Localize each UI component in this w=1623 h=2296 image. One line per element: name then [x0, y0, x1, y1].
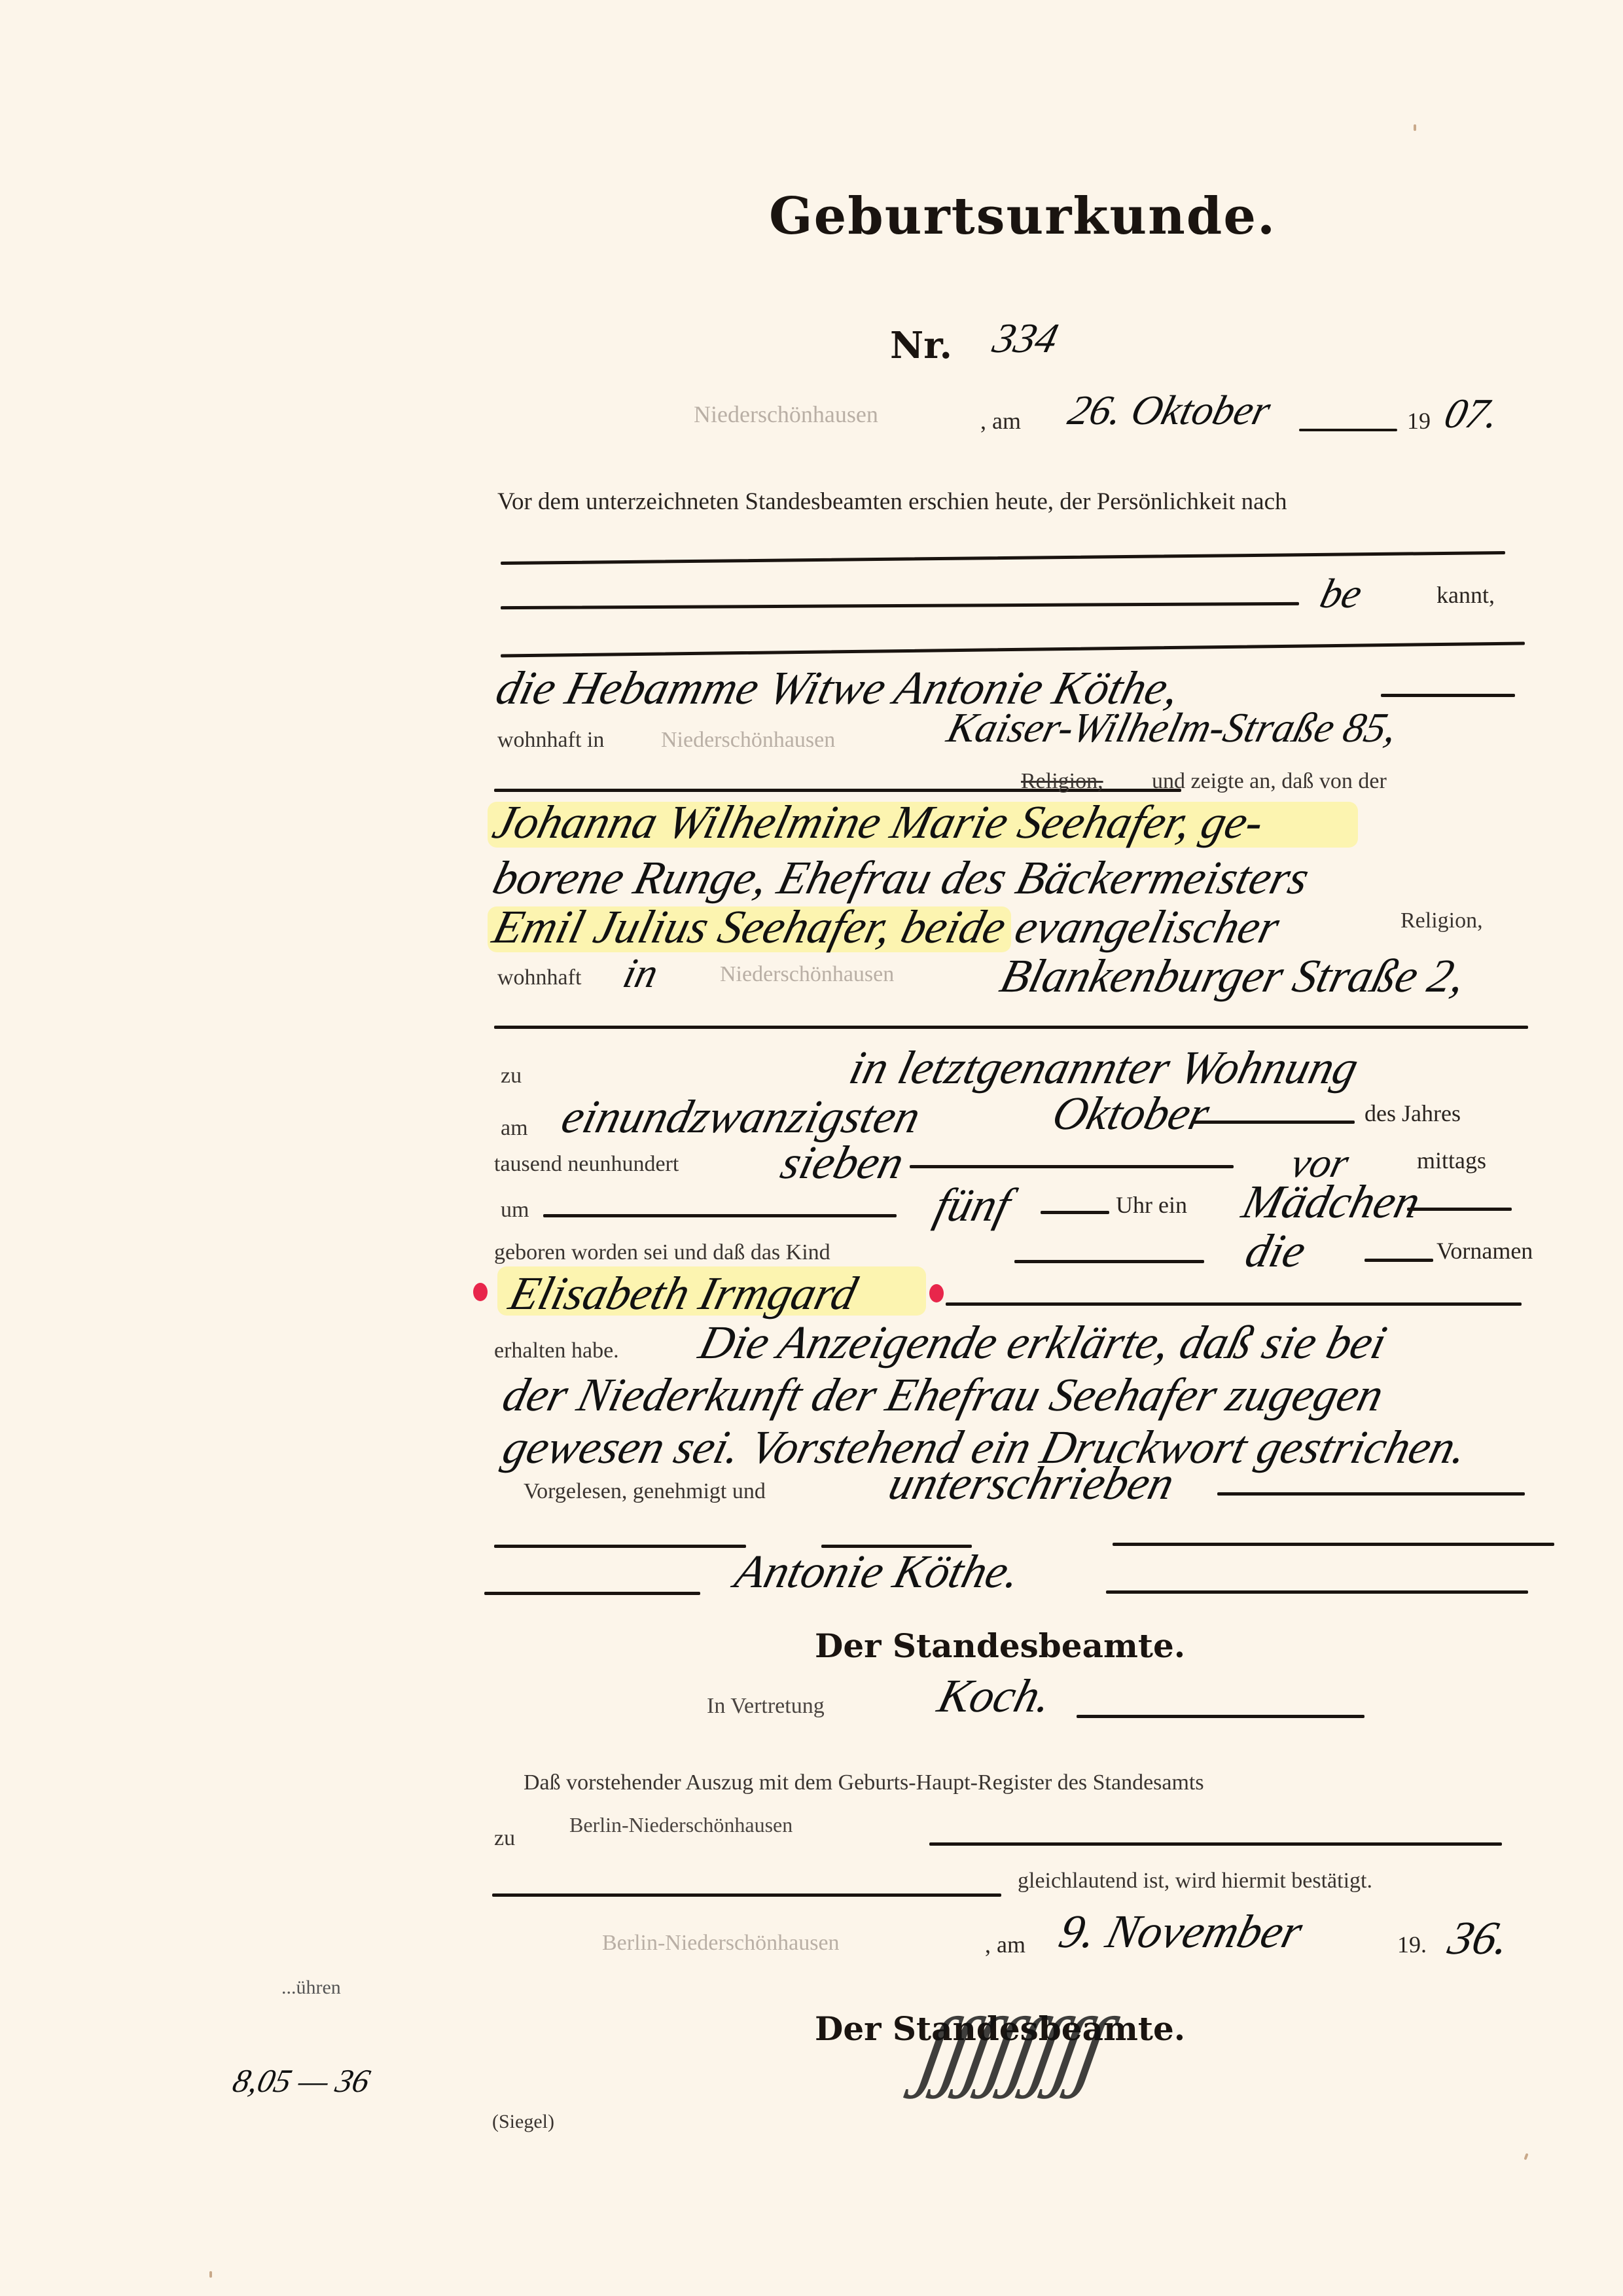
sig-line-left-top [494, 1545, 746, 1548]
cert-text-2: gleichlautend ist, wird hiermit bestätig… [1018, 1869, 1372, 1893]
sig-line-right-top [1113, 1543, 1554, 1546]
red-marker-right [929, 1284, 944, 1302]
informant-address: Kaiser-Wilhelm-Straße 85, [942, 704, 1402, 752]
blank-line-1 [501, 551, 1505, 565]
erhalten-habe: erhalten habe. [494, 1338, 619, 1363]
parents-residence-faded: Niederschönhausen [720, 962, 894, 987]
cert-place-faded: Berlin-Niederschönhausen [602, 1931, 840, 1956]
zu-label: zu [501, 1064, 522, 1088]
die-underline [1364, 1259, 1433, 1262]
registrar-signature-scrawl: ʃʃʃʃʃʃʃʃ [914, 1996, 1111, 2102]
religion-suffix: und zeigte an, daß von der [1152, 769, 1387, 794]
born-text: geboren worden sei und daß das Kind [494, 1240, 830, 1265]
place-stamp-faded: Niederschönhausen [694, 401, 878, 428]
child-name-underline [946, 1302, 1522, 1306]
vornamen: Vornamen [1436, 1237, 1533, 1265]
registrar-underline [1077, 1715, 1364, 1718]
informant-signature: Antonie Köthe. [730, 1545, 1026, 1599]
parents-residence-label: wohnhaft [497, 965, 581, 990]
hour-blank-line [543, 1214, 897, 1217]
um-label: um [501, 1198, 529, 1223]
religion-struck: Religion, [1021, 769, 1103, 794]
hour-underline [1041, 1211, 1109, 1214]
des-jahres: des Jahres [1364, 1100, 1461, 1127]
blank-line-4 [494, 1026, 1528, 1029]
residence-place-faded: Niederschönhausen [661, 728, 835, 753]
seal-label: (Siegel) [492, 2111, 554, 2133]
cert-year: 36. [1443, 1911, 1516, 1965]
tausend-label: tausend neunhundert [494, 1152, 679, 1177]
birth-month: Oktober [1047, 1086, 1215, 1141]
certification-date: 9. November [1054, 1905, 1308, 1959]
informant-line-end [1381, 694, 1515, 697]
birth-year: sieben [776, 1136, 910, 1190]
year-prefix: 19 [1407, 407, 1431, 435]
number-label: Nr. [890, 324, 952, 367]
year-underline [910, 1165, 1234, 1168]
child-given-names: Elisabeth Irmgard [504, 1266, 863, 1321]
month-underline [1191, 1121, 1355, 1124]
cert-zu: zu [494, 1826, 515, 1851]
born-blank-line [1014, 1260, 1204, 1263]
father-name: Emil Julius Seehafer, beide evangelische… [488, 900, 1285, 954]
birth-hour: fünf [929, 1178, 1016, 1232]
mother-name: Johanna Wilhelmine Marie Seehafer, ge- [488, 795, 1269, 850]
child-sex: Mädchen [1237, 1175, 1426, 1229]
remark-line-2: der Niederkunft der Ehefrau Seehafer zug… [497, 1368, 1389, 1422]
in-vertretung: In Vertretung [707, 1694, 825, 1719]
mittags: mittags [1417, 1147, 1486, 1174]
side-fee-label: ...ühren [281, 1977, 341, 1999]
blank-line-2 [501, 602, 1299, 609]
paper-speck [1524, 2153, 1528, 2161]
side-fee-value: 8,05 — 36 [229, 2062, 374, 2100]
paper-speck [209, 2271, 212, 2278]
residence-label: wohnhaft in [497, 728, 604, 753]
known-handwritten: be [1315, 569, 1367, 618]
date-prefix: , am [980, 407, 1021, 435]
registrar-heading: Der Standesbeamte. [815, 1626, 1185, 1665]
parents-address: Blankenburger Straße 2, [995, 949, 1471, 1003]
signed-underline [1217, 1492, 1525, 1496]
red-marker-left [473, 1283, 488, 1301]
religion-label: Religion, [1400, 908, 1483, 933]
registry-office: Berlin-Niederschönhausen [569, 1813, 793, 1837]
blank-line-3 [501, 641, 1525, 657]
cert-date-prefix: , am [985, 1931, 1026, 1958]
cert-year-prefix: 19. [1397, 1931, 1427, 1958]
date-underline [1299, 429, 1397, 431]
am-label: am [501, 1116, 528, 1141]
registrar-signature: Koch. [933, 1669, 1058, 1723]
office-underline [929, 1842, 1502, 1846]
mother-maiden-and-spouse: borene Runge, Ehefrau des Bäckermeisters [488, 851, 1315, 905]
parents-residence-in: in [618, 949, 663, 997]
intro-text: Vor dem unterzeichneten Standesbeamten e… [497, 488, 1287, 516]
known-suffix: kannt, [1436, 581, 1495, 609]
year-value: 07. [1440, 389, 1504, 438]
certificate-number: 334 [988, 314, 1063, 363]
remark-line-1: Die Anzeigende erklärte, daß sie bei [694, 1316, 1392, 1370]
uhr-ein: Uhr ein [1116, 1191, 1187, 1219]
sex-underline [1407, 1208, 1512, 1211]
sig-line-right-bottom [1106, 1590, 1528, 1594]
paper-speck [1414, 124, 1416, 131]
document-title: Geburtsurkunde. [769, 187, 1276, 246]
read-approved: Vorgelesen, genehmigt und [524, 1479, 766, 1504]
birth-record-date: 26. Oktober [1063, 386, 1275, 435]
certification-text: Daß vorstehender Auszug mit dem Geburts-… [524, 1770, 1204, 1795]
die-handwritten: die [1240, 1224, 1311, 1278]
cert-blank-line [492, 1893, 1001, 1897]
sig-line-left-bottom [484, 1592, 700, 1595]
signed-handwritten: unterschrieben [883, 1456, 1180, 1511]
